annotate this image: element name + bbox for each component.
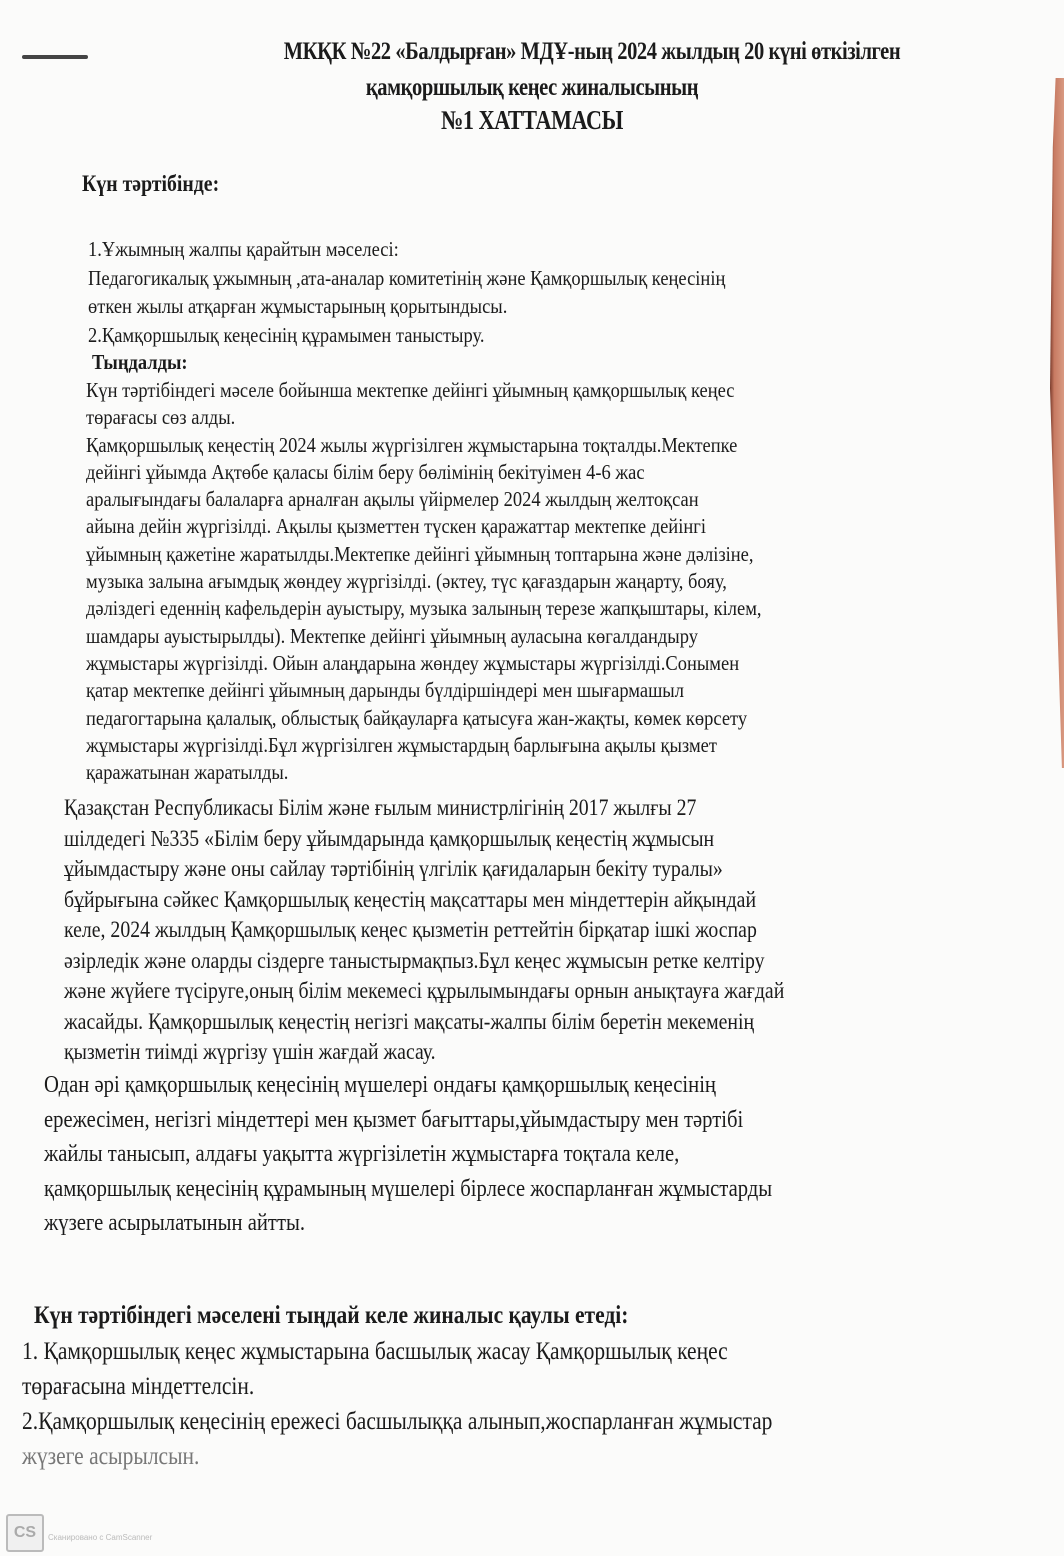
heard-paragraph: Күн тәртібіндегі мәселе бойынша мектепке…	[86, 377, 1006, 786]
scanner-watermark: Сканировано с CamScanner	[48, 1533, 152, 1542]
decision-item: жүзеге асырылсын.	[22, 1439, 772, 1474]
text-line: төрағасы сөз алды.	[86, 404, 877, 431]
text-line: жұмыстары жүргізілді.Бұл жүргізілген жұм…	[86, 732, 877, 759]
document-title-line1: МКҚК №22 «Балдырған» МДҰ-ның 2024 жылдың…	[156, 38, 1028, 66]
agenda-item: 1.Ұжымның жалпы қарайтын мәселесі:	[88, 235, 725, 264]
text-line: жайлы танысып, алдағы уақытта жүргізілет…	[44, 1137, 772, 1172]
text-line: келе, 2024 жылдың Қамқоршылық кеңес қызм…	[64, 915, 784, 946]
text-line: және жүйеге түсіруге,оның білім мекемесі…	[64, 976, 784, 1007]
agenda-item: 2.Қамқоршылық кеңесінің құрамымен таныст…	[88, 321, 725, 350]
text-line: айына дейін жүргізілді. Ақылы қызметтен …	[86, 513, 877, 540]
decision-item: 2.Қамқоршылық кеңесінің ережесі басшылық…	[22, 1404, 772, 1439]
decision-list: 1. Қамқоршылық кеңес жұмыстарына басшылы…	[22, 1334, 895, 1474]
text-line: ұйымдастыру және оны сайлау тәртібінің ү…	[64, 854, 784, 885]
agenda-heading: Күн тәртібінде:	[82, 170, 219, 199]
text-line: жұмыстары жүргізілді. Ойын алаңдарына жө…	[86, 650, 877, 677]
text-line: жүзеге асырылатынын айтты.	[44, 1206, 772, 1241]
text-line: педагогтарына қалалық, облыстық байқаула…	[86, 705, 877, 732]
handwritten-dash	[22, 55, 88, 59]
agenda-list: 1.Ұжымның жалпы қарайтын мәселесі: Педаг…	[88, 235, 725, 349]
document-title-line2: қамқоршылық кеңес жиналысының	[96, 74, 968, 102]
text-line: ережесімен, негізгі міндеттері мен қызме…	[44, 1103, 772, 1138]
text-line: музыка залына ағымдық жөндеу жүргізілді.…	[86, 568, 877, 595]
text-line: қамқоршылық кеңесінің құрамының мүшелері…	[44, 1172, 772, 1207]
text-line: қаражатынан жаратылды.	[86, 759, 877, 786]
text-line: Одан әрі қамқоршылық кеңесінің мүшелері …	[44, 1068, 772, 1103]
agenda-item: Педагогикалық ұжымның ,ата-аналар комите…	[88, 264, 725, 293]
text-line: шілдедегі №335 «Білім беру ұйымдарында қ…	[64, 824, 784, 855]
text-line: бұйрығына сәйкес Қамқоршылық кеңестің ма…	[64, 885, 784, 916]
text-line: Күн тәртібіндегі мәселе бойынша мектепке…	[86, 377, 877, 404]
camscanner-logo-icon: CS	[6, 1514, 44, 1552]
text-line: ұйымның қажетіне жаратылды.Мектепке дейі…	[86, 541, 877, 568]
text-line: Қамқоршылық кеңестің 2024 жылы жүргізілг…	[86, 432, 877, 459]
text-line: аралығындағы балаларға арналған ақылы үй…	[86, 486, 877, 513]
decision-heading: Күн тәртібіндегі мәселені тыңдай келе жи…	[34, 1302, 628, 1331]
text-line: дәліздегі еденнің кафельдерін ауыстыру, …	[86, 595, 877, 622]
text-line: қызметін тиімді жүргізу үшін жағдай жаса…	[64, 1037, 784, 1068]
text-line: әзірледік және оларды сіздерге таныстырм…	[64, 946, 784, 977]
heard-heading: Тыңдалды:	[92, 348, 188, 377]
photo-background-edge	[1050, 78, 1064, 768]
decision-item: төрағасына міндеттелсін.	[22, 1369, 772, 1404]
ministry-paragraph: Қазақстан Республикасы Білім және ғылым …	[64, 793, 902, 1068]
members-paragraph: Одан әрі қамқоршылық кеңесінің мүшелері …	[44, 1068, 891, 1241]
decision-item: 1. Қамқоршылық кеңес жұмыстарына басшылы…	[22, 1334, 772, 1369]
document-title-protocol: №1 ХАТТАМАСЫ	[96, 105, 968, 136]
text-line: Қазақстан Республикасы Білім және ғылым …	[64, 793, 784, 824]
agenda-item: өткен жылы атқарған жұмыстарының қорытын…	[88, 292, 725, 321]
text-line: шамдары ауыстырылды). Мектепке дейінгі ұ…	[86, 623, 877, 650]
text-line: қатар мектепке дейінгі ұйымның дарынды б…	[86, 677, 877, 704]
text-line: дейінгі ұйымда Ақтөбе қаласы білім беру …	[86, 459, 877, 486]
text-line: жасайды. Қамқоршылық кеңестің негізгі ма…	[64, 1007, 784, 1038]
